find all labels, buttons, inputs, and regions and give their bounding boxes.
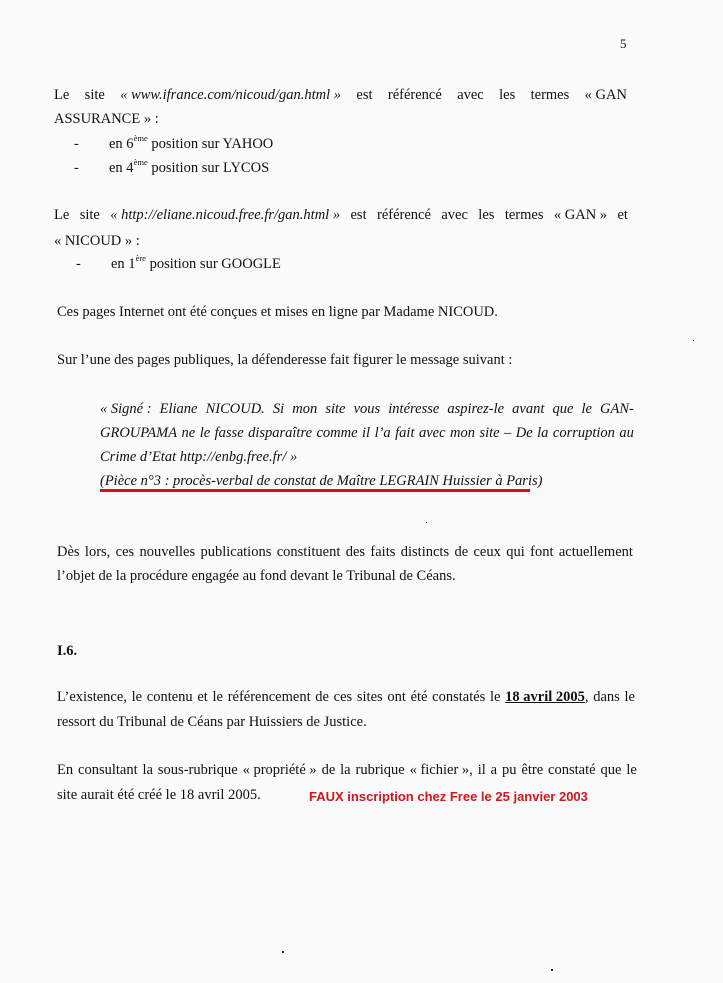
word: avec (441, 207, 468, 224)
paragraph-des-lors-line1: Dèslors,cesnouvellespublicationsconstitu… (57, 544, 633, 561)
word: ceux (474, 544, 501, 561)
word: « fichier », (410, 762, 473, 779)
paragraph-consultant-line2: site aurait été créé le 18 avril 2005. (57, 787, 261, 804)
word: termes (531, 87, 570, 104)
word: que (552, 401, 573, 418)
word: Le (54, 207, 69, 224)
superscript: ème (134, 157, 148, 167)
word: le (490, 689, 500, 706)
word: de (322, 762, 336, 779)
word: – (504, 425, 511, 442)
word: sites (357, 689, 383, 706)
word: « GAN (585, 87, 627, 104)
word: De (516, 425, 533, 442)
site1-line2: ASSURANCE » : (54, 111, 159, 128)
word: Eliane (160, 401, 198, 418)
word: L’existence, (57, 689, 127, 706)
word: « propriété » (243, 762, 317, 779)
word: référencé (377, 207, 431, 224)
word: nouvelles (140, 544, 196, 561)
word: ont (387, 689, 406, 706)
word: pu (502, 762, 517, 779)
word: « www.ifrance.com/nicoud/gan.html » (120, 87, 341, 104)
word: ces (334, 689, 353, 706)
bullet-text: position sur YAHOO (148, 136, 274, 152)
bullet-lycos: -en 4ème position sur LYCOS (74, 160, 269, 177)
word: de (315, 689, 329, 706)
scan-speck (551, 969, 553, 971)
word: GROUPAMA (100, 425, 177, 442)
site1-line1: Lesite« www.ifrance.com/nicoud/gan.html … (54, 87, 627, 104)
paragraph-pages: Ces pages Internet ont été conçues et mi… (57, 304, 498, 321)
word: constituent (277, 544, 341, 561)
bullet-text: en 6 (109, 136, 134, 152)
word: actuellement (559, 544, 633, 561)
word: distincts (401, 544, 449, 561)
paragraph-public-pages: Sur l’une des pages publiques, la défend… (57, 352, 512, 369)
page-number: 5 (620, 36, 627, 52)
word: les (499, 87, 515, 104)
word: termes (505, 207, 544, 224)
word: site (85, 87, 105, 104)
word: la (537, 425, 548, 442)
scan-speck (426, 522, 427, 523)
word: le (626, 762, 636, 779)
bullet-dash: - (74, 160, 109, 177)
word: il (478, 762, 486, 779)
word: Si (273, 401, 284, 418)
word: faits (370, 544, 395, 561)
date-group: 18 avril 2005, (505, 689, 588, 706)
paragraph-existence-line2: ressort du Tribunal de Céans par Huissie… (57, 714, 367, 731)
word: le (132, 689, 142, 706)
word: référencement (228, 689, 311, 706)
site2-line1: Lesite« http://eliane.nicoud.free.fr/gan… (54, 207, 628, 224)
word: est (350, 207, 366, 224)
exhibit-reference: (Pièce n°3 : procès-verbal de constat de… (100, 473, 542, 490)
word: site (80, 207, 100, 224)
word: au (619, 425, 634, 442)
quote-line3: Crime d’Etat http://enbg.free.fr/ » (100, 449, 297, 466)
word: avec (457, 87, 484, 104)
word: la (143, 762, 153, 779)
word: constatés (432, 689, 485, 706)
word: le (625, 689, 635, 706)
bullet-text: position sur LYCOS (148, 160, 269, 176)
red-underline (100, 489, 530, 492)
word: référencé (388, 87, 442, 104)
bullet-dash: - (76, 256, 111, 273)
superscript: ème (134, 133, 148, 143)
word: site (325, 401, 345, 418)
bullet-yahoo: -en 6ème position sur YAHOO (74, 136, 273, 153)
word: constaté (548, 762, 596, 779)
word: sous-rubrique (158, 762, 238, 779)
word: dans (593, 689, 620, 706)
word: NICOUD. (206, 401, 265, 418)
scan-speck (693, 340, 694, 341)
word: publications (200, 544, 271, 561)
red-annotation: FAUX inscription chez Free le 25 janvier… (309, 789, 588, 804)
word: vous (354, 401, 381, 418)
word: « Signé : (100, 401, 152, 418)
word: ces (116, 544, 135, 561)
word: « http://eliane.nicoud.free.fr/gan.html … (110, 207, 340, 224)
word: disparaître (248, 425, 312, 442)
bullet-dash: - (74, 136, 109, 153)
word: les (478, 207, 494, 224)
quote-line1: « Signé :ElianeNICOUD.Simonsitevousintér… (100, 401, 634, 418)
bullet-text: en 1 (111, 256, 136, 272)
word: le (581, 401, 591, 418)
word: intéresse (388, 401, 439, 418)
word: aspirez-le (447, 401, 504, 418)
word: a (491, 762, 497, 779)
word: la (340, 762, 350, 779)
word: que (600, 762, 621, 779)
word: rubrique (356, 762, 405, 779)
word: été (411, 689, 428, 706)
word: avec (419, 425, 446, 442)
word: ne (182, 425, 196, 442)
word: GAN- (600, 401, 634, 418)
word: mon (450, 425, 475, 442)
word: et (617, 207, 627, 224)
word: le (200, 425, 210, 442)
paragraph-existence-line1: L’existence,lecontenuetleréférencementde… (57, 689, 635, 706)
word: site (479, 425, 499, 442)
word: Le (54, 87, 69, 104)
word: « GAN » (554, 207, 607, 224)
word: consultant (78, 762, 138, 779)
superscript: ère (136, 253, 146, 263)
word: En (57, 762, 73, 779)
word: corruption (553, 425, 615, 442)
word: et (197, 689, 207, 706)
word: de (454, 544, 468, 561)
section-heading: I.6. (57, 643, 77, 660)
word: , (585, 689, 589, 705)
word: lors, (85, 544, 110, 561)
bullet-text: en 4 (109, 160, 134, 176)
bullet-google: -en 1ère position sur GOOGLE (76, 256, 281, 273)
word: contenu (147, 689, 193, 706)
site2-line2: « NICOUD » : (54, 233, 140, 250)
word: mon (292, 401, 317, 418)
paragraph-consultant-line1: Enconsultantlasous-rubrique« propriété »… (57, 762, 637, 779)
word: avant (512, 401, 544, 418)
word: il (362, 425, 370, 442)
word: fait (395, 425, 414, 442)
word: des (346, 544, 365, 561)
word: font (530, 544, 553, 561)
word: le (213, 689, 223, 706)
bullet-text: position sur GOOGLE (146, 256, 281, 272)
paragraph-des-lors-line2: l’objet de la procédure engagée au fond … (57, 568, 456, 585)
word: est (356, 87, 372, 104)
word: comme (316, 425, 357, 442)
scan-speck (282, 951, 284, 953)
highlighted-date: 18 avril 2005 (505, 689, 585, 705)
word: fasse (215, 425, 244, 442)
word: l’a (375, 425, 391, 442)
word: Dès (57, 544, 80, 561)
quote-line2: GROUPAMAnelefassedisparaîtrecommeill’afa… (100, 425, 634, 442)
word: être (521, 762, 543, 779)
word: qui (506, 544, 525, 561)
